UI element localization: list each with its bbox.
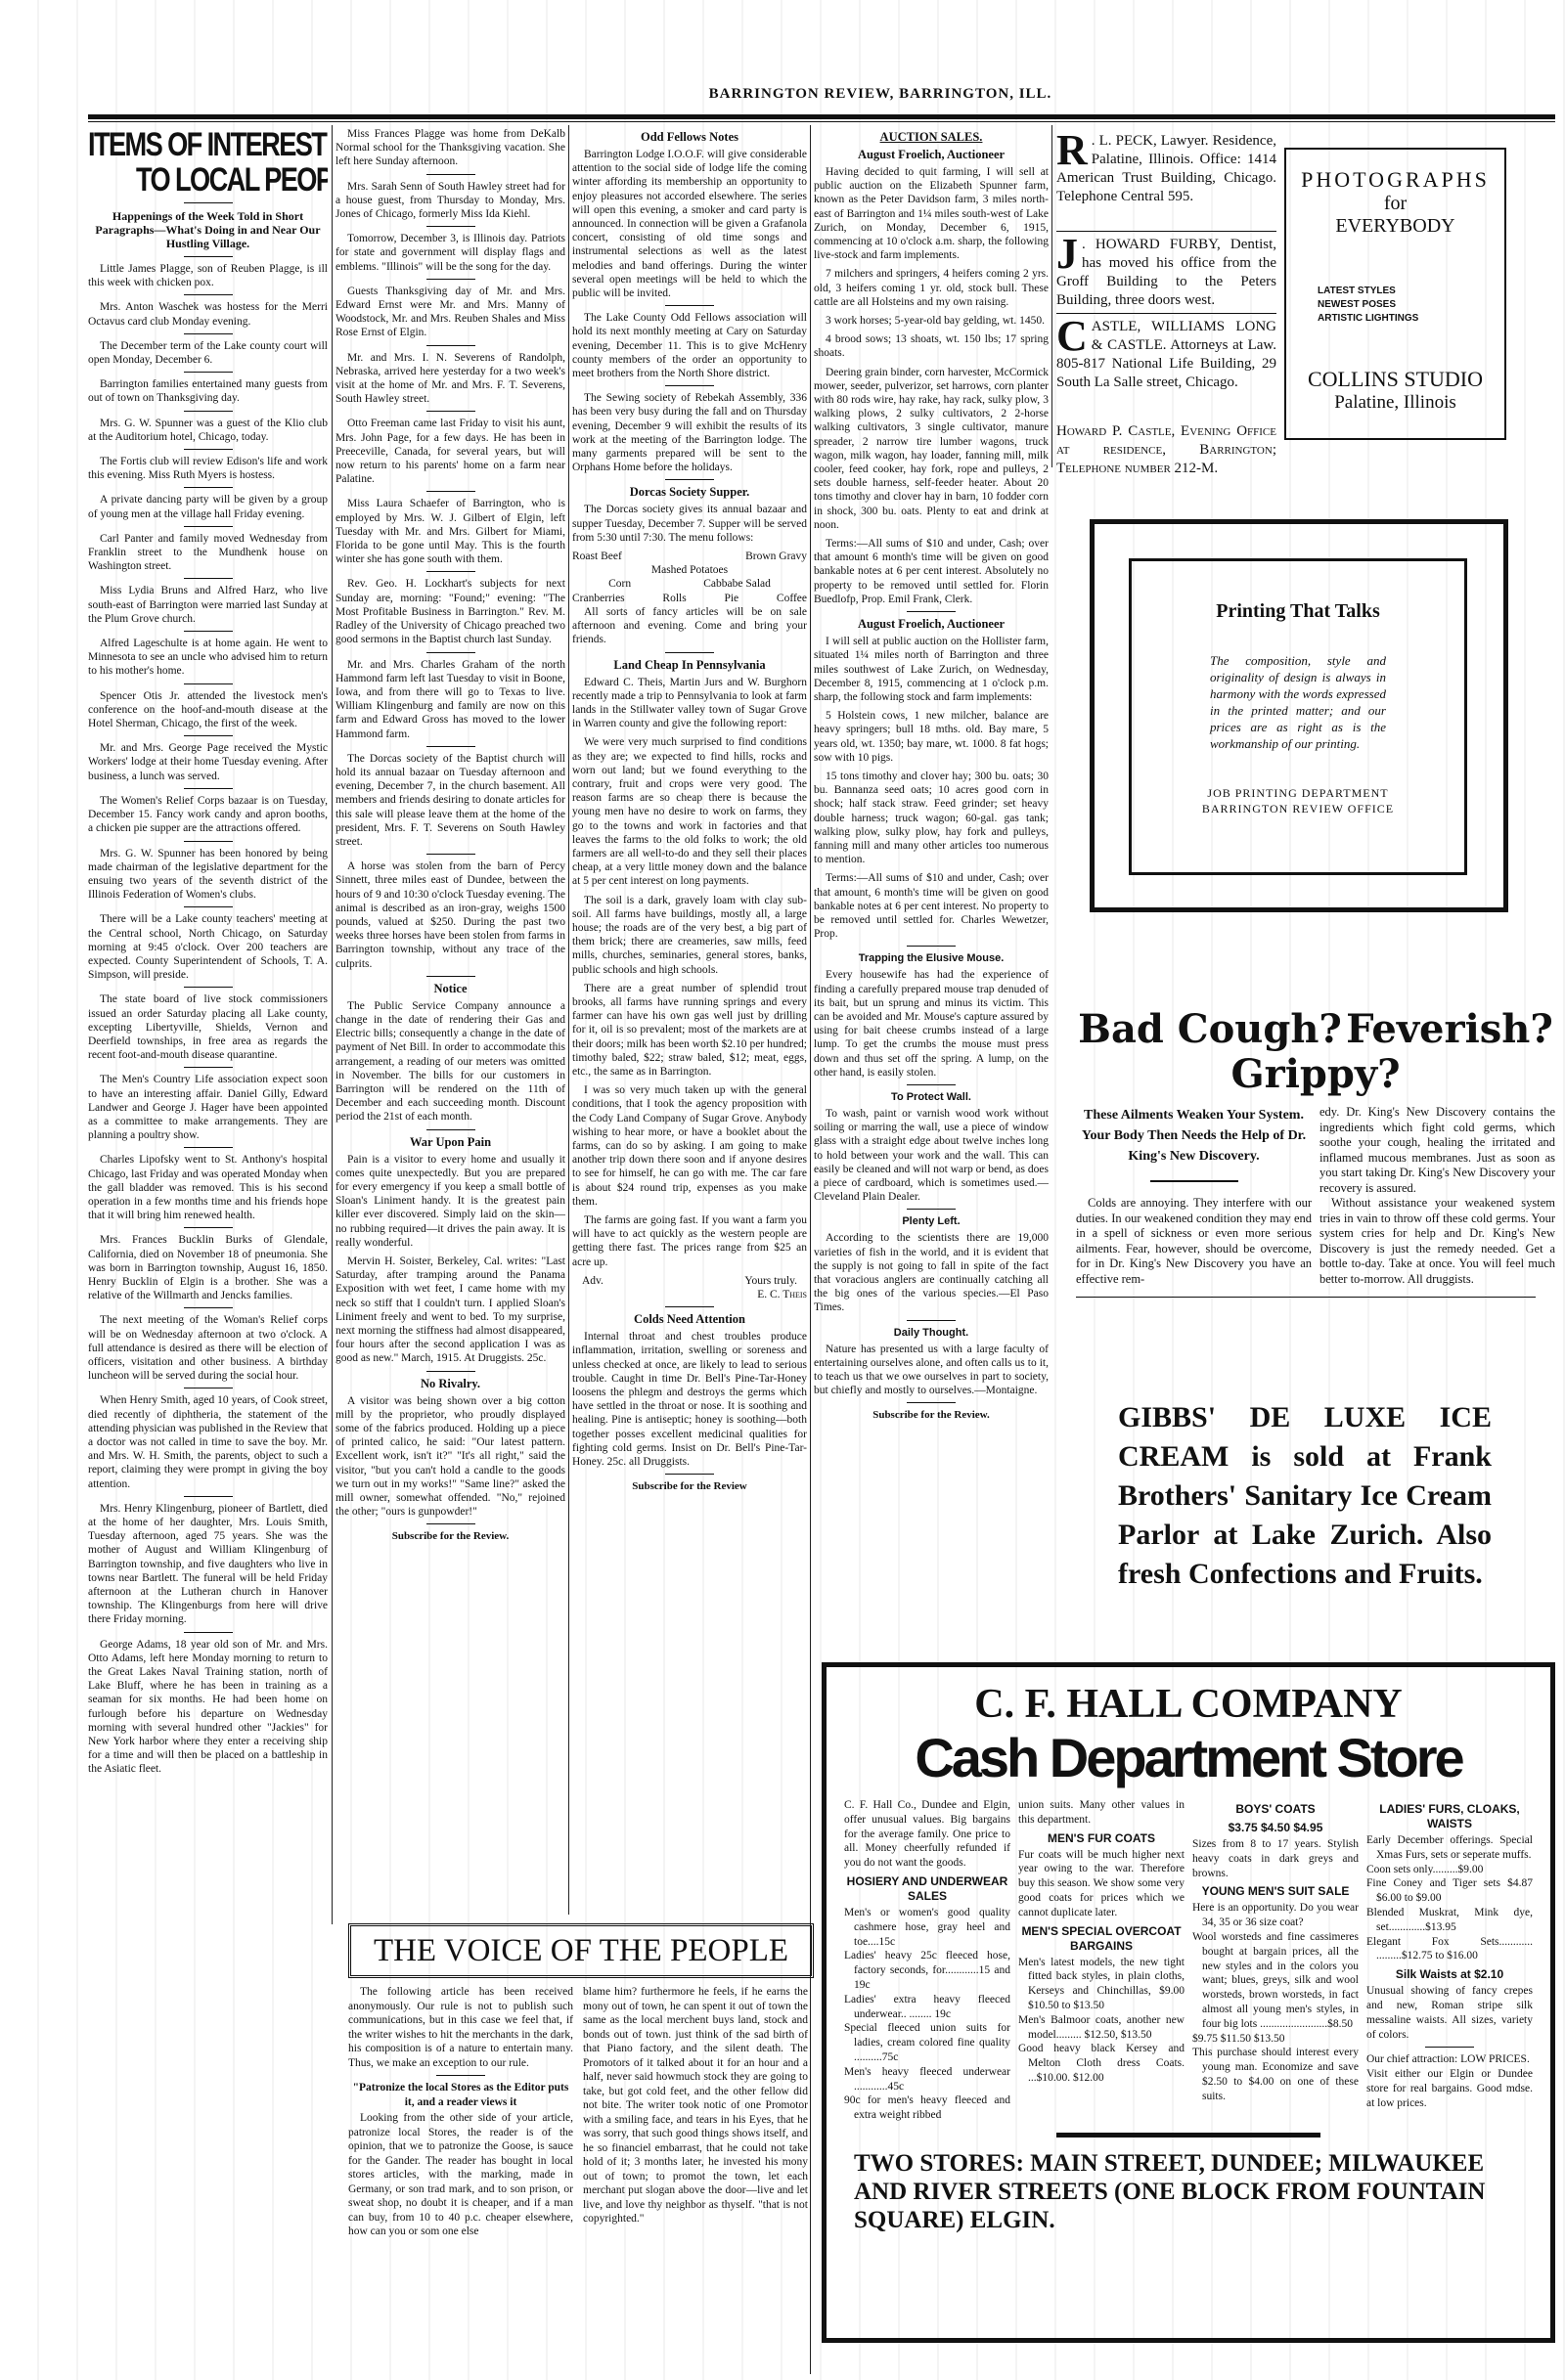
odd-fellows-title: Odd Fellows Notes (572, 130, 807, 145)
divider (436, 2075, 485, 2076)
auction-1-body: Having decided to quit farming, I will s… (814, 165, 1049, 606)
paragraph: Special fleeced union suits for ladies, … (844, 2021, 1010, 2064)
divider (184, 906, 233, 907)
voice-of-people-title: THE VOICE OF THE PEOPLE (348, 1923, 814, 1978)
paragraph: Having decided to quit farming, I will s… (814, 165, 1049, 262)
auctioneer-1: August Froelich, Auctioneer (814, 148, 1049, 162)
paragraph: Alfred Lageschulte is at home again. He … (88, 637, 328, 679)
headline-items-of-interest: ITEMS OF INTEREST (88, 127, 280, 162)
menu-row: CranberriesRollsPieCoffee (572, 592, 807, 605)
dorcas-end: All sorts of fancy articles will be on s… (572, 605, 807, 647)
divider (426, 1523, 475, 1524)
subscribe-link[interactable]: Subscribe for the Review. (335, 1529, 565, 1544)
card-howard-castle: Howard P. Castle, Evening Office at resi… (1056, 422, 1276, 478)
notice-body: The Public Service Company announce a ch… (335, 999, 565, 1124)
paragraph: Mrs. Frances Bucklin Burks of Glendale, … (88, 1233, 328, 1302)
divider (426, 411, 475, 412)
divider (184, 1496, 233, 1497)
divider (426, 1371, 475, 1372)
divider (1056, 2133, 1320, 2138)
paragraph: The Dorcas society of the Baptist church… (335, 752, 565, 849)
paragraph: Miss Laura Schaefer of Barrington, who i… (335, 497, 565, 566)
paragraph: Tomorrow, December 3, is Illinois day. P… (335, 232, 565, 274)
card-furby: J. HOWARD FURBY, Dentist, has moved his … (1056, 236, 1276, 310)
divider (184, 1307, 233, 1308)
divider (426, 174, 475, 175)
auctioneer-2: August Froelich, Auctioneer (814, 617, 1049, 632)
paragraph: The soil is a dark, gravely loam with cl… (572, 894, 807, 977)
divider (665, 385, 714, 386)
divider (184, 411, 233, 412)
divider (426, 279, 475, 280)
studio-city: Palatine, Illinois (1286, 392, 1504, 414)
paragraph: A private dancing party will be given by… (88, 493, 328, 520)
paragraph: Miss Lydia Bruns and Alfred Harz, who li… (88, 584, 328, 626)
paragraph: Mrs. Henry Klingenburg, pioneer of Bartl… (88, 1502, 328, 1627)
divider (184, 294, 233, 295)
sewing-society-body: The Sewing society of Rebekah Assembly, … (572, 391, 807, 474)
subscribe-link[interactable]: Subscribe for the Review. (814, 1408, 1049, 1423)
photo-feature: ARTISTIC LIGHTINGS (1318, 312, 1504, 326)
divider (184, 202, 233, 203)
card-text: . L. PECK, Lawyer. Residence, Palatine, … (1056, 133, 1276, 204)
cough-subhead: These Ailments Weaken Your System. Your … (1076, 1105, 1312, 1167)
cough-right-body1: edy. Dr. King's New Discovery contains t… (1319, 1105, 1555, 1196)
cough-left-body: Colds are annoying. They interfere with … (1076, 1196, 1312, 1287)
column-divider (332, 125, 333, 1924)
notice-title: Notice (335, 982, 565, 996)
paragraph: Carl Panter and family moved Wednesday f… (88, 532, 328, 574)
divider (184, 1227, 233, 1228)
wall-body: To wash, paint or varnish wood work with… (814, 1107, 1049, 1204)
divider (665, 652, 714, 653)
divider (426, 491, 475, 492)
signature-name: E. C. Theis (572, 1288, 807, 1301)
land-cheap-body: Edward C. Theis, Martin Jurs and W. Burg… (572, 676, 807, 1269)
paragraph: Mr. and Mrs. Charles Graham of the north… (335, 658, 565, 741)
voice-intro: The following article has been received … (348, 1985, 573, 2070)
paragraph: Guests Thanksgiving day of Mr. and Mrs. … (335, 285, 565, 340)
plenty-title: Plenty Left. (814, 1214, 1049, 1228)
ladies-title: LADIES' FURS, CLOAKS, WAISTS (1366, 1802, 1533, 1831)
divider (426, 345, 475, 346)
paragraph: Mr. and Mrs. George Page received the My… (88, 741, 328, 783)
paragraph: Spencer Otis Jr. attended the livestock … (88, 689, 328, 731)
menu-row: Roast BeefBrown Gravy (572, 550, 807, 563)
feverish-heading: Feverish? (1346, 1007, 1553, 1052)
paragraph: Barrington families entertained many gue… (88, 377, 328, 405)
war-upon-pain-testimonial: Mervin H. Soister, Berkeley, Cal. writes… (335, 1255, 565, 1366)
grippy-heading: Grippy? (1076, 1052, 1555, 1097)
paragraph: The Women's Relief Corps bazaar is on Tu… (88, 794, 328, 836)
divider (907, 611, 956, 612)
paragraph: Ladies' heavy 25c fleeced hose, factory … (844, 1949, 1010, 1992)
dropcap: J (1056, 236, 1078, 273)
menu-item: Corn (608, 577, 631, 591)
paragraph: The next meeting of the Woman's Relief c… (88, 1313, 328, 1383)
menu-item: Roast Beef (572, 550, 622, 563)
silk-waists-title: Silk Waists at $2.10 (1366, 1967, 1533, 1982)
paragraph: Men's Balmoor coats, another new model..… (1018, 2013, 1185, 2043)
thought-title: Daily Thought. (814, 1326, 1049, 1340)
masthead-rule-thin (88, 121, 1555, 122)
no-rivalry-title: No Rivalry. (335, 1377, 565, 1391)
divider (665, 1474, 714, 1475)
divider (184, 1067, 233, 1068)
mouse-title: Trapping the Elusive Mouse. (814, 951, 1049, 965)
divider (184, 526, 233, 527)
thought-body: Nature has presented us with a large fac… (814, 1343, 1049, 1398)
wall-title: To Protect Wall. (814, 1090, 1049, 1104)
voice-right-body: blame him? furthermore he feels, if he e… (583, 1985, 808, 2226)
paragraph: Men's heavy fleeced underwear ..........… (844, 2065, 1010, 2094)
column-auctions: AUCTION SALES. August Froelich, Auctione… (814, 127, 1049, 1594)
paragraph: Blended Muskrat, Mink dye, set..........… (1366, 1906, 1533, 1935)
dropcap: C (1056, 318, 1088, 355)
boys-coats-body: Sizes from 8 to 17 years. Stylish heavy … (1192, 1837, 1359, 1880)
lake-county-body: The Lake County Odd Fellows association … (572, 311, 807, 380)
paragraph: 5 Holstein cows, 1 new milcher, balance … (814, 709, 1049, 765)
divider (1056, 313, 1276, 314)
divider (184, 987, 233, 988)
divider (426, 1129, 475, 1130)
war-upon-pain-title: War Upon Pain (335, 1135, 565, 1150)
divider (184, 372, 233, 373)
paragraph: 7 milchers and springers, 4 heifers comi… (814, 267, 1049, 309)
hosiery-list: Men's or women's good quality cashmere h… (844, 1906, 1010, 2123)
photo-line3: EVERYBODY (1286, 215, 1504, 238)
paragraph: George Adams, 18 year old son of Mr. and… (88, 1638, 328, 1777)
paragraph: 90c for men's heavy fleeced and extra we… (844, 2094, 1010, 2123)
paragraph: 3 work horses; 5-year-old bay gelding, w… (814, 314, 1049, 328)
printing-ad: Printing That Talks The composition, sty… (1090, 519, 1508, 912)
paragraph: Miss Frances Plagge was home from DeKalb… (335, 127, 565, 169)
cough-right-body2: Without assistance your weakened system … (1319, 1196, 1555, 1287)
newspaper-page: BARRINGTON REVIEW, BARRINGTON, ILL. ITEM… (0, 0, 1565, 2380)
printing-office: BARRINGTON REVIEW OFFICE (1132, 801, 1464, 816)
young-men-title: YOUNG MEN'S SUIT SALE (1192, 1884, 1359, 1899)
paragraph: A horse was stolen from the barn of Perc… (335, 859, 565, 971)
local-items-list: Little James Plagge, son of Reuben Plagg… (88, 262, 328, 1777)
divider (1056, 231, 1276, 232)
divider (907, 1084, 956, 1085)
voice-left-body: Looking from the other side of your arti… (348, 2111, 573, 2239)
divider (184, 449, 233, 450)
paragraph: Men's latest models, the new tight fitte… (1018, 1956, 1185, 2013)
paragraph: The farms are going fast. If you want a … (572, 1213, 807, 1269)
boys-coats-title: BOYS' COATS (1192, 1802, 1359, 1817)
printing-dept: JOB PRINTING DEPARTMENT (1132, 785, 1464, 801)
ladies-list: Early December offerings. Special Xmas F… (1366, 1833, 1533, 1963)
paragraph: Mr. and Mrs. I. N. Severens of Randolph,… (335, 351, 565, 407)
supper-menu: Roast BeefBrown GravyMashed PotatoesCorn… (572, 550, 807, 605)
paragraph: Deering grain binder, corn harvester, Mc… (814, 366, 1049, 532)
column-divider (568, 125, 569, 1915)
overcoat-list: Men's latest models, the new tight fitte… (1018, 1956, 1185, 2086)
card-peck: R. L. PECK, Lawyer. Residence, Palatine,… (1056, 132, 1276, 206)
card-text: ASTLE, WILLIAMS LONG & CASTLE. Attorneys… (1056, 319, 1276, 390)
fur-coats-title: MEN'S FUR COATS (1018, 1831, 1185, 1846)
signature-closing: Yours truly. (744, 1274, 797, 1288)
paragraph: Men's or women's good quality cashmere h… (844, 1906, 1010, 1949)
printing-body: The composition, style and originality o… (1210, 652, 1386, 752)
divider (426, 652, 475, 653)
land-cheap-title: Land Cheap In Pennsylvania (572, 658, 807, 673)
photographs-ad: PHOTOGRAPHS for EVERYBODY LATEST STYLESN… (1284, 148, 1506, 440)
paragraph: Early December offerings. Special Xmas F… (1366, 1833, 1533, 1863)
paragraph: Coon sets only.........$9.00 (1366, 1863, 1533, 1877)
menu-item: Rolls (662, 592, 686, 605)
paragraph: Good heavy black Kersey and Melton Cloth… (1018, 2042, 1185, 2085)
paragraph: $9.75 $11.50 $13.50 (1192, 2032, 1359, 2047)
menu-item: Cabbabe Salad (703, 577, 771, 591)
plenty-body: According to the scientists there are 19… (814, 1231, 1049, 1314)
paragraph: Rev. Geo. H. Lockhart's subjects for nex… (335, 577, 565, 646)
dr-king-ad: Bad Cough? Feverish? Grippy? These Ailme… (1076, 1007, 1555, 1298)
paragraph: Otto Freeman came last Friday to visit h… (335, 417, 565, 486)
auction-2-body: I will sell at public auction on the Hol… (814, 635, 1049, 941)
war-upon-pain-body: Pain is a visitor to every home and usua… (335, 1153, 565, 1250)
hall-chief: Our chief attraction: LOW PRICES. (1366, 2052, 1533, 2067)
boys-coats-prices: $3.75 $4.50 $4.95 (1192, 1821, 1359, 1835)
photo-line2: for (1286, 193, 1504, 215)
paragraph: Here is an opportunity. Do you wear 34, … (1192, 1901, 1359, 1930)
menu-item: Coffee (777, 592, 807, 605)
paragraph: Ladies' extra heavy fleeced underwear.. … (844, 1993, 1010, 2022)
paragraph: When Henry Smith, aged 10 years, of Cook… (88, 1393, 328, 1490)
hosiery-title: HOSIERY AND UNDERWEAR SALES (844, 1874, 1010, 1904)
photo-feature: NEWEST POSES (1318, 298, 1504, 312)
paragraph: Edward C. Theis, Martin Jurs and W. Burg… (572, 676, 807, 731)
auction-sales-title: AUCTION SALES. (814, 130, 1049, 145)
paragraph: The state board of live stock commission… (88, 992, 328, 1062)
divider (665, 1306, 714, 1307)
paragraph: The Fortis club will review Edison's lif… (88, 455, 328, 482)
no-rivalry-body: A visitor was being shown over a big cot… (335, 1394, 565, 1520)
paragraph: The December term of the Lake county cou… (88, 339, 328, 367)
headline-to-local-people: TO LOCAL PEOPLE (136, 162, 328, 198)
column-notes: Odd Fellows Notes Barrington Lodge I.O.O… (572, 127, 807, 1907)
column-local-items: ITEMS OF INTEREST TO LOCAL PEOPLE Happen… (88, 127, 328, 2376)
voice-subtitle: "Patronize the local Stores as the Edito… (348, 2081, 573, 2109)
studio-name: COLLINS STUDIO (1286, 367, 1504, 392)
young-men-list: Here is an opportunity. Do you wear 34, … (1192, 1901, 1359, 2103)
paragraph: This purchase should interest every youn… (1192, 2046, 1359, 2103)
divider (184, 1388, 233, 1388)
personals-list: Miss Frances Plagge was home from DeKalb… (335, 127, 565, 971)
subheadline: Happenings of the Week Told in Short Par… (88, 209, 328, 250)
divider (184, 788, 233, 789)
adv-label: Adv. (582, 1274, 604, 1288)
paragraph: The Men's Country Life association expec… (88, 1073, 328, 1142)
dorcas-body: The Dorcas society gives its annual baza… (572, 503, 807, 545)
divider (184, 578, 233, 579)
paragraph: We were very much surprised to find cond… (572, 735, 807, 888)
divider (184, 1632, 233, 1633)
divider (426, 854, 475, 855)
dorcas-title: Dorcas Society Supper. (572, 485, 807, 500)
paragraph: Mrs. Anton Waschek was hostess for the M… (88, 300, 328, 328)
menu-item: Brown Gravy (745, 550, 807, 563)
divider (184, 683, 233, 684)
column-personals: Miss Frances Plagge was home from DeKalb… (335, 127, 565, 1907)
photo-features: LATEST STYLESNEWEST POSESARTISTIC LIGHTI… (1286, 285, 1504, 326)
paragraph: 15 tons timothy and clover hay; 300 bu. … (814, 770, 1049, 866)
fur-coats-body: Fur coats will be much higher next year … (1018, 1848, 1185, 1920)
divider (907, 1320, 956, 1321)
bad-cough-heading: Bad Cough? (1078, 1007, 1342, 1052)
hall-intro: C. F. Hall Co., Dundee and Elgin, offer … (844, 1798, 1010, 1871)
gibbs-ice-cream-ad: GIBBS' DE LUXE ICE CREAM is sold at Fran… (1118, 1398, 1492, 1594)
divider (184, 841, 233, 842)
photo-line1: PHOTOGRAPHS (1286, 167, 1504, 193)
card-text: . HOWARD FURBY, Dentist, has moved his o… (1056, 237, 1276, 308)
column-divider (1051, 125, 1052, 467)
silk-waists-body: Unusual showing of fancy crepes and new,… (1366, 1984, 1533, 2042)
paragraph: Mrs. Sarah Senn of South Hawley street h… (335, 180, 565, 222)
colds-title: Colds Need Attention (572, 1312, 807, 1327)
divider (665, 305, 714, 306)
masthead: BARRINGTON REVIEW, BARRINGTON, ILL. (587, 86, 1174, 103)
paragraph: Little James Plagge, son of Reuben Plagg… (88, 262, 328, 289)
colds-body: Internal throat and chest troubles produ… (572, 1330, 807, 1469)
hall-stores-footer: TWO STORES: MAIN STREET, DUNDEE; MILWAUK… (827, 2149, 1550, 2234)
hall-visit: Visit either our Elgin or Dundee store f… (1366, 2067, 1533, 2110)
menu-item: Pie (724, 592, 738, 605)
menu-item: Mashed Potatoes (651, 563, 728, 577)
subscribe-link[interactable]: Subscribe for the Review (572, 1479, 807, 1494)
divider (907, 1209, 956, 1210)
divider (184, 487, 233, 488)
menu-item: Cranberries (572, 592, 625, 605)
hall-company-name: C. F. HALL COMPANY (827, 1681, 1550, 1728)
paragraph: Fine Coney and Tiger sets $4.87 $6.00 to… (1366, 1876, 1533, 1906)
divider (184, 1147, 233, 1148)
masthead-rule (88, 114, 1555, 119)
hall-store-name: Cash Department Store (827, 1728, 1550, 1788)
dropcap: R (1056, 132, 1088, 169)
divider (907, 1402, 956, 1403)
paragraph: Mrs. G. W. Spunner has been honored by b… (88, 847, 328, 903)
divider (426, 226, 475, 227)
mouse-body: Every housewife has had the experience o… (814, 968, 1049, 1080)
paragraph: Terms:—All sums of $10 and under, Cash; … (814, 871, 1049, 941)
printing-title: Printing That Talks (1132, 600, 1464, 623)
photo-feature: LATEST STYLES (1318, 285, 1504, 298)
paragraph: Mrs. G. W. Spunner was a guest of the Kl… (88, 417, 328, 444)
paragraph: 4 brood sows; 13 shoats, wt. 150 lbs; 17… (814, 332, 1049, 360)
paragraph: Terms:—All sums of $10 and under, Cash; … (814, 537, 1049, 606)
divider (1076, 1297, 1536, 1298)
printing-ad-inner: Printing That Talks The composition, sty… (1129, 558, 1467, 875)
divider (907, 946, 956, 947)
divider (184, 333, 233, 334)
odd-fellows-body: Barrington Lodge I.O.O.F. will give cons… (572, 148, 807, 300)
divider (665, 479, 714, 480)
card-castle: CASTLE, WILLIAMS LONG & CASTLE. Attorney… (1056, 318, 1276, 392)
paragraph: There are a great number of splendid tro… (572, 982, 807, 1079)
paragraph: Charles Lipofsky went to St. Anthony's h… (88, 1153, 328, 1222)
divider (184, 735, 233, 736)
paragraph: Wool worsteds and fine cassimeres bought… (1192, 1930, 1359, 2032)
paragraph: I was so very much taken up with the gen… (572, 1083, 807, 1209)
divider (184, 256, 233, 257)
divider (426, 976, 475, 977)
divider (426, 571, 475, 572)
menu-row: CornCabbabe Salad (572, 577, 807, 591)
paragraph: Elegant Fox Sets............ .........$1… (1366, 1935, 1533, 1964)
hall-col2-top: union suits. Many other values in this d… (1018, 1798, 1185, 1828)
divider (1150, 1180, 1238, 1182)
paragraph: I will sell at public auction on the Hol… (814, 635, 1049, 704)
column-divider (810, 125, 811, 2374)
voice-of-people-body: The following article has been received … (348, 1985, 808, 2239)
divider (184, 631, 233, 632)
divider (1425, 2047, 1474, 2048)
menu-row: Mashed Potatoes (572, 563, 807, 577)
paragraph: There will be a Lake county teachers' me… (88, 912, 328, 982)
divider (426, 746, 475, 747)
cf-hall-ad: C. F. HALL COMPANY Cash Department Store… (822, 1662, 1555, 2343)
overcoat-title: MEN'S SPECIAL OVERCOAT BARGAINS (1018, 1924, 1185, 1954)
